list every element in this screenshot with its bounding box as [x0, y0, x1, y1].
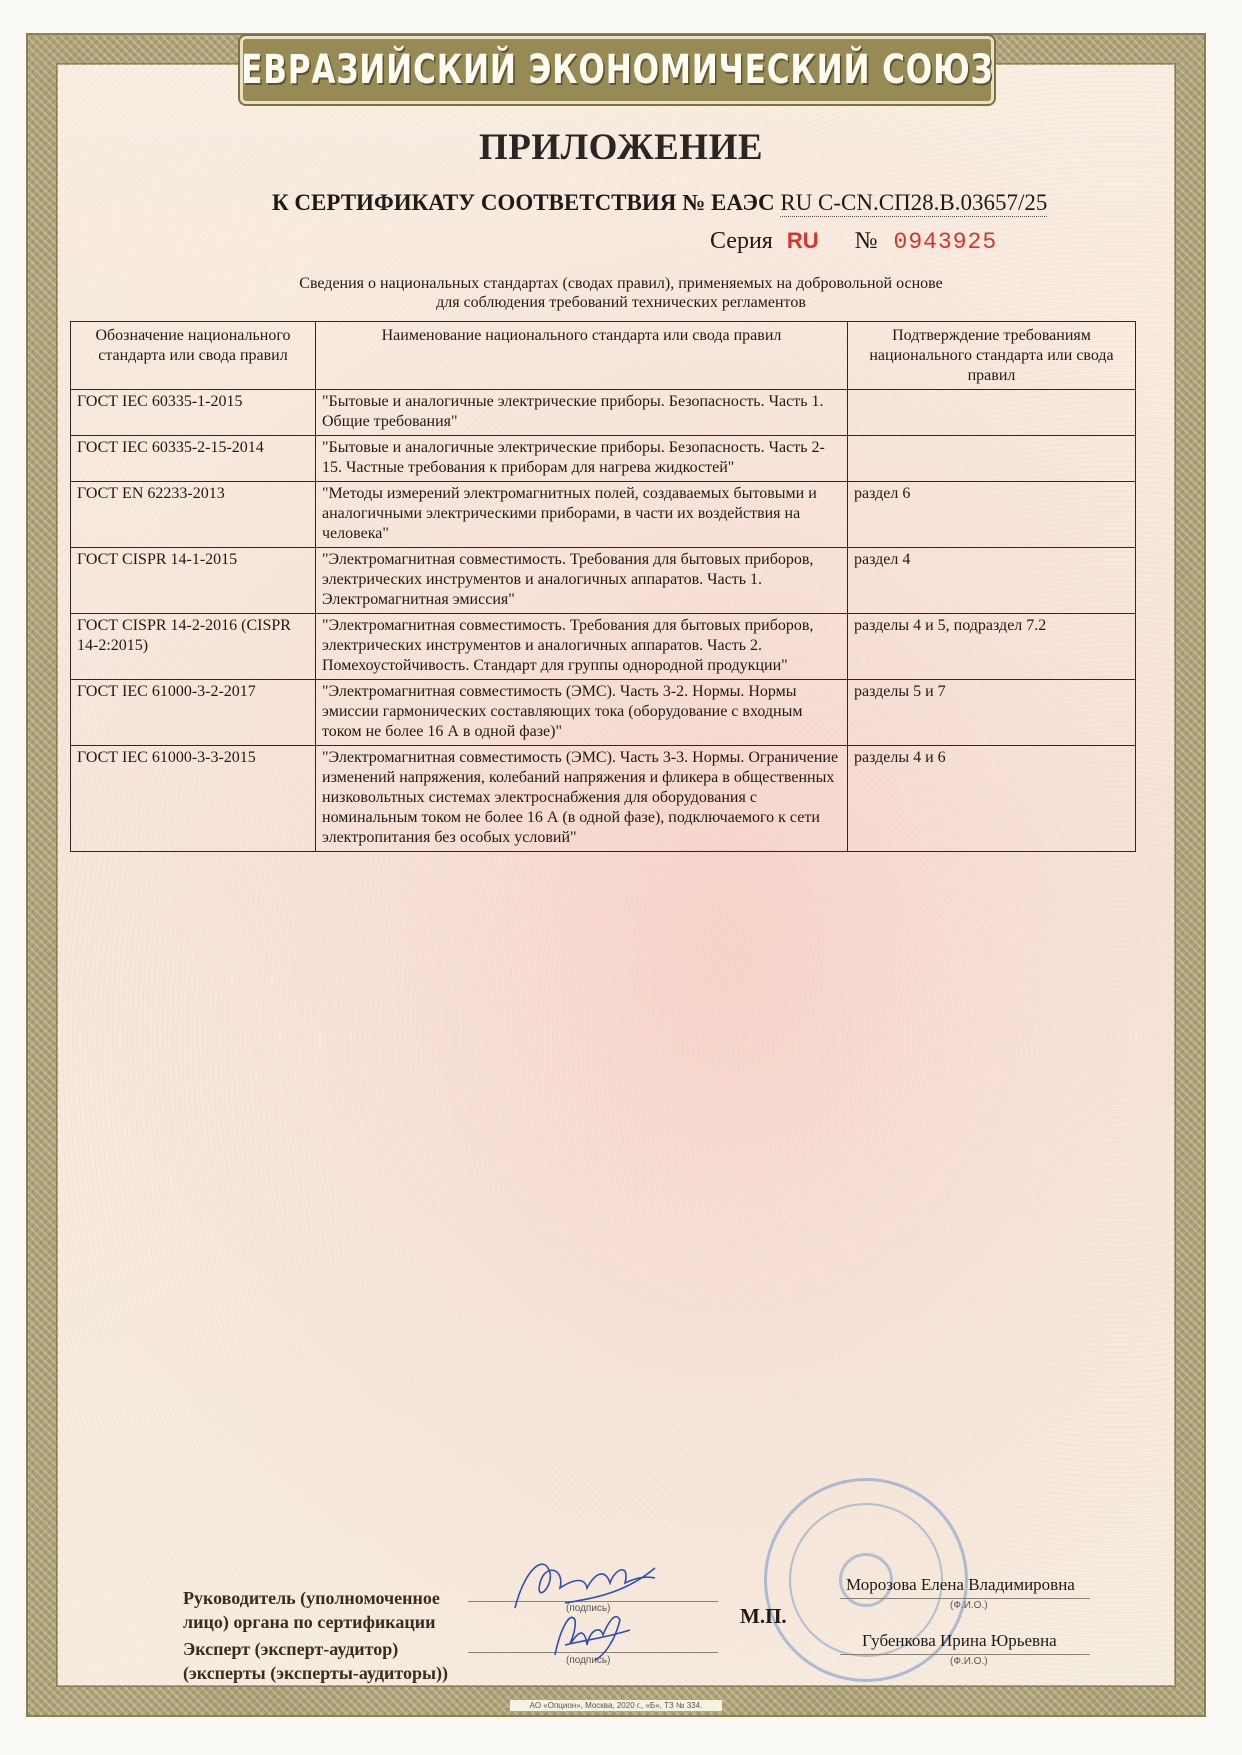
- expert-label-line-2: (эксперты (эксперты-аудиторы)): [183, 1661, 448, 1685]
- union-banner-text: ЕВРАЗИЙСКИЙ ЭКОНОМИЧЕСКИЙ СОЮЗ: [241, 47, 993, 93]
- head-name-line: [840, 1598, 1090, 1599]
- printer-imprint: АО «Опцион», Москва, 2020 г., «Б», ТЗ № …: [510, 1700, 722, 1711]
- header-name: Наименование национального стандарта или…: [316, 322, 848, 390]
- head-name: Морозова Елена Владимировна: [846, 1575, 1075, 1595]
- expert-label-line-1: Эксперт (эксперт-аудитор): [183, 1637, 448, 1661]
- cell-designation: ГОСТ IEC 60335-1-2015: [71, 390, 316, 436]
- table-header-row: Обозначение национального стандарта или …: [71, 322, 1136, 390]
- cell-name: "Электромагнитная совместимость (ЭМС). Ч…: [316, 746, 848, 852]
- cell-designation: ГОСТ CISPR 14-2-2016 (CISPR 14-2:2015): [71, 614, 316, 680]
- cell-name: "Бытовые и аналогичные электрические при…: [316, 436, 848, 482]
- series-label: Серия: [710, 228, 773, 254]
- table-row: ГОСТ IEC 60335-2-15-2014"Бытовые и анало…: [71, 436, 1136, 482]
- cell-name: "Методы измерений электромагнитных полей…: [316, 482, 848, 548]
- cell-name: "Бытовые и аналогичные электрические при…: [316, 390, 848, 436]
- cell-confirmation: [848, 436, 1136, 482]
- number-label: №: [855, 228, 878, 254]
- header-confirmation: Подтверждение требованиям национального …: [848, 322, 1136, 390]
- expert-signature: [545, 1600, 645, 1670]
- series-value: RU: [787, 228, 819, 253]
- head-name-caption: (Ф.И.О.): [950, 1600, 988, 1611]
- certificate-prefix: К СЕРТИФИКАТУ СООТВЕТСТВИЯ № ЕАЭС: [272, 190, 775, 215]
- cell-designation: ГОСТ IEC 61000-3-3-2015: [71, 746, 316, 852]
- cell-designation: ГОСТ IEC 60335-2-15-2014: [71, 436, 316, 482]
- table-row: ГОСТ CISPR 14-2-2016 (CISPR 14-2:2015)"Э…: [71, 614, 1136, 680]
- table-row: ГОСТ EN 62233-2013"Методы измерений элек…: [71, 482, 1136, 548]
- table-row: ГОСТ IEC 61000-3-3-2015"Электромагнитная…: [71, 746, 1136, 852]
- head-label-line-2: лицо) органа по сертификации: [183, 1610, 440, 1634]
- form-number: 0943925: [894, 229, 998, 255]
- cell-confirmation: разделы 4 и 5, подраздел 7.2: [848, 614, 1136, 680]
- expert-name-caption: (Ф.И.О.): [950, 1656, 988, 1667]
- certificate-number: RU C-CN.СП28.В.03657/25: [780, 190, 1047, 217]
- cell-designation: ГОСТ CISPR 14-1-2015: [71, 548, 316, 614]
- cell-designation: ГОСТ EN 62233-2013: [71, 482, 316, 548]
- intro-line-2: для соблюдения требований технических ре…: [0, 293, 1242, 312]
- cell-designation: ГОСТ IEC 61000-3-2-2017: [71, 680, 316, 746]
- head-label-line-1: Руководитель (уполномоченное: [183, 1586, 440, 1610]
- cell-confirmation: разделы 4 и 6: [848, 746, 1136, 852]
- series-line: Серия RU № 0943925: [710, 228, 997, 255]
- page-title: ПРИЛОЖЕНИЕ: [0, 126, 1242, 169]
- cell-confirmation: раздел 4: [848, 548, 1136, 614]
- cell-name: "Электромагнитная совместимость (ЭМС). Ч…: [316, 680, 848, 746]
- cell-name: "Электромагнитная совместимость. Требова…: [316, 548, 848, 614]
- table-row: ГОСТ IEC 61000-3-2-2017"Электромагнитная…: [71, 680, 1136, 746]
- certificate-reference: К СЕРТИФИКАТУ СООТВЕТСТВИЯ № ЕАЭС RU C-C…: [272, 190, 1047, 216]
- header-designation: Обозначение национального стандарта или …: [71, 322, 316, 390]
- union-banner: ЕВРАЗИЙСКИЙ ЭКОНОМИЧЕСКИЙ СОЮЗ: [240, 36, 994, 104]
- expert-name: Губенкова Ирина Юрьевна: [862, 1631, 1057, 1651]
- cell-confirmation: [848, 390, 1136, 436]
- expert-name-line: [840, 1654, 1090, 1655]
- expert-label: Эксперт (эксперт-аудитор) (эксперты (экс…: [183, 1637, 448, 1685]
- table-row: ГОСТ IEC 60335-1-2015"Бытовые и аналогич…: [71, 390, 1136, 436]
- cell-confirmation: разделы 5 и 7: [848, 680, 1136, 746]
- cell-name: "Электромагнитная совместимость. Требова…: [316, 614, 848, 680]
- cell-confirmation: раздел 6: [848, 482, 1136, 548]
- intro-text: Сведения о национальных стандартах (свод…: [0, 274, 1242, 312]
- standards-table: Обозначение национального стандарта или …: [70, 321, 1136, 852]
- head-of-body-label: Руководитель (уполномоченное лицо) орган…: [183, 1586, 440, 1634]
- seal-label: М.П.: [740, 1604, 787, 1629]
- table-row: ГОСТ CISPR 14-1-2015"Электромагнитная со…: [71, 548, 1136, 614]
- intro-line-1: Сведения о национальных стандартах (свод…: [0, 274, 1242, 293]
